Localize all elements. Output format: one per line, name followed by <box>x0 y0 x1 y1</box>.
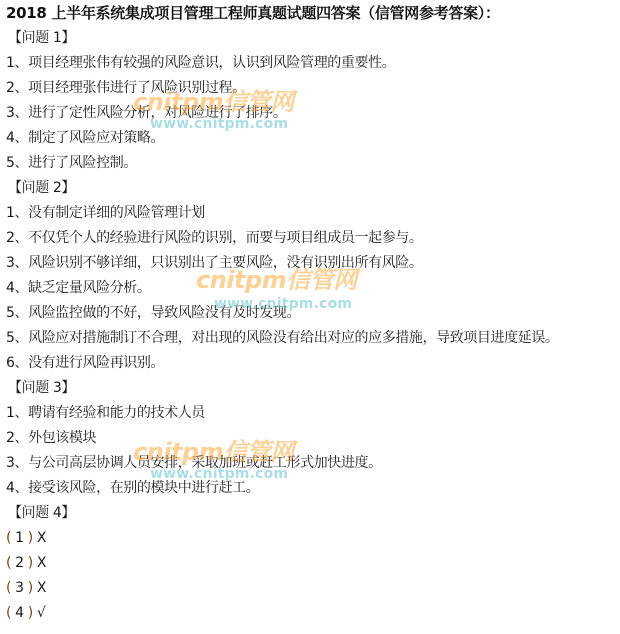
paren-close: ) <box>24 580 37 596</box>
item-number: 1 <box>15 530 24 546</box>
judgement-answer: √ <box>37 605 46 621</box>
item-number: 2 <box>15 555 24 571</box>
judgement-answer: X <box>37 580 46 596</box>
judgement-item: ( 2 ) X <box>6 552 46 574</box>
judgement-answer: X <box>37 555 46 571</box>
paren-close: ) <box>24 530 37 546</box>
section-heading-q3: 【问题 3】 <box>8 377 75 399</box>
list-item: 6、没有进行风险再识别。 <box>6 352 164 374</box>
list-item: 4、缺乏定量风险分析。 <box>6 277 151 299</box>
paren-open: ( <box>6 605 15 621</box>
paren-close: ) <box>24 555 37 571</box>
list-item: 2、不仅凭个人的经验进行风险的识别，而要与项目组成员一起参与。 <box>6 227 423 249</box>
item-number: 3 <box>15 580 24 596</box>
list-item: 3、与公司高层协调人员安排，采取加班或赶工形式加快进度。 <box>6 452 382 474</box>
paren-open: ( <box>6 530 15 546</box>
judgement-answer: X <box>37 530 46 546</box>
list-item: 5、风险应对措施制订不合理，对出现的风险没有给出对应的应多措施，导致项目进度延误… <box>6 327 559 349</box>
judgement-item: ( 4 ) √ <box>6 602 45 624</box>
page-title: 2018 上半年系统集成项目管理工程师真题试题四答案（信管网参考答案）： <box>6 2 500 24</box>
list-item: 2、项目经理张伟进行了风险识别过程。 <box>6 77 246 99</box>
section-heading-q1: 【问题 1】 <box>8 27 75 49</box>
list-item: 5、风险监控做的不好，导致风险没有及时发现。 <box>6 302 300 324</box>
section-heading-q4: 【问题 4】 <box>8 502 75 524</box>
list-item: 1、没有制定详细的风险管理计划 <box>6 202 205 224</box>
list-item: 1、项目经理张伟有较强的风险意识，认识到风险管理的重要性。 <box>6 52 395 74</box>
list-item: 2、外包该模块 <box>6 427 96 449</box>
section-heading-q2: 【问题 2】 <box>8 177 75 199</box>
list-item: 5、进行了风险控制。 <box>6 152 137 174</box>
list-item: 4、制定了风险应对策略。 <box>6 127 164 149</box>
judgement-item: ( 1 ) X <box>6 527 46 549</box>
list-item: 3、进行了定性风险分析，对风险进行了排序。 <box>6 102 287 124</box>
paren-close: ) <box>24 605 37 621</box>
list-item: 3、风险识别不够详细，只识别出了主要风险，没有识别出所有风险。 <box>6 252 423 274</box>
judgement-item: ( 3 ) X <box>6 577 46 599</box>
list-item: 1、聘请有经验和能力的技术人员 <box>6 402 205 424</box>
paren-open: ( <box>6 555 15 571</box>
paren-open: ( <box>6 580 15 596</box>
item-number: 4 <box>15 605 24 621</box>
list-item: 4、接受该风险，在别的模块中进行赶工。 <box>6 477 259 499</box>
